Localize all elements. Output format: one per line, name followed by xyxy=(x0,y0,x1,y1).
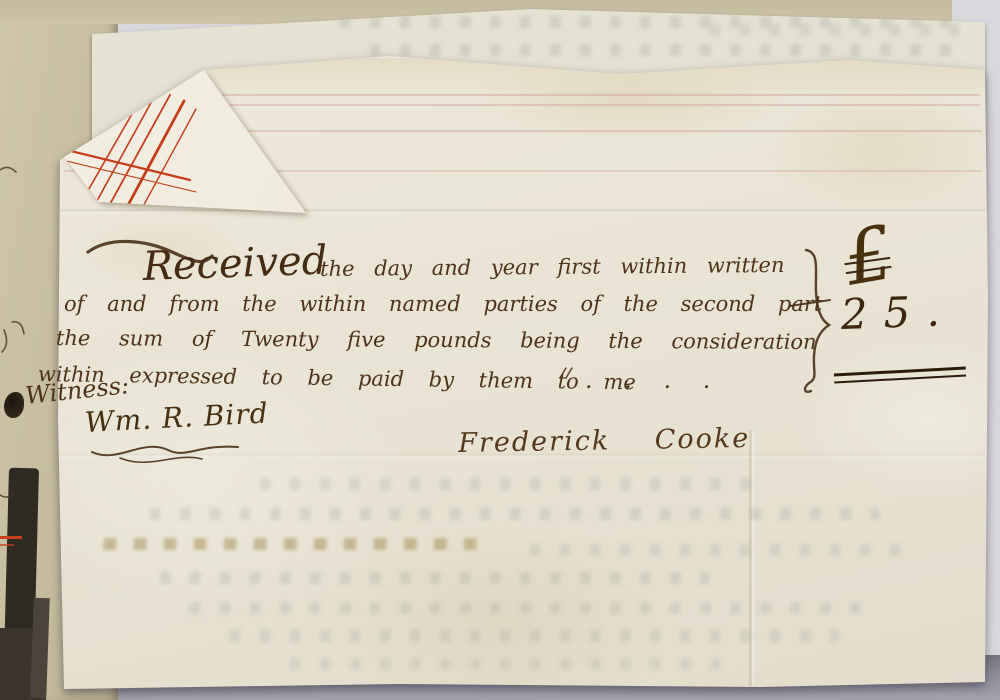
payee-signature: Frederick Cooke xyxy=(458,423,750,459)
receipt-line-3: the sum of Twenty five pounds being the … xyxy=(56,326,817,354)
receipt-opening-word: Received xyxy=(142,238,328,290)
amount-value: 25. xyxy=(840,286,956,339)
receipt-line-2: of and from the within named parties of … xyxy=(64,292,822,316)
receipt-line-1: the day and year first within written xyxy=(320,253,785,281)
parchment-receipt-scan: Received the day and year first within w… xyxy=(0,0,1000,700)
trailing-dots: . . . . xyxy=(585,366,722,394)
